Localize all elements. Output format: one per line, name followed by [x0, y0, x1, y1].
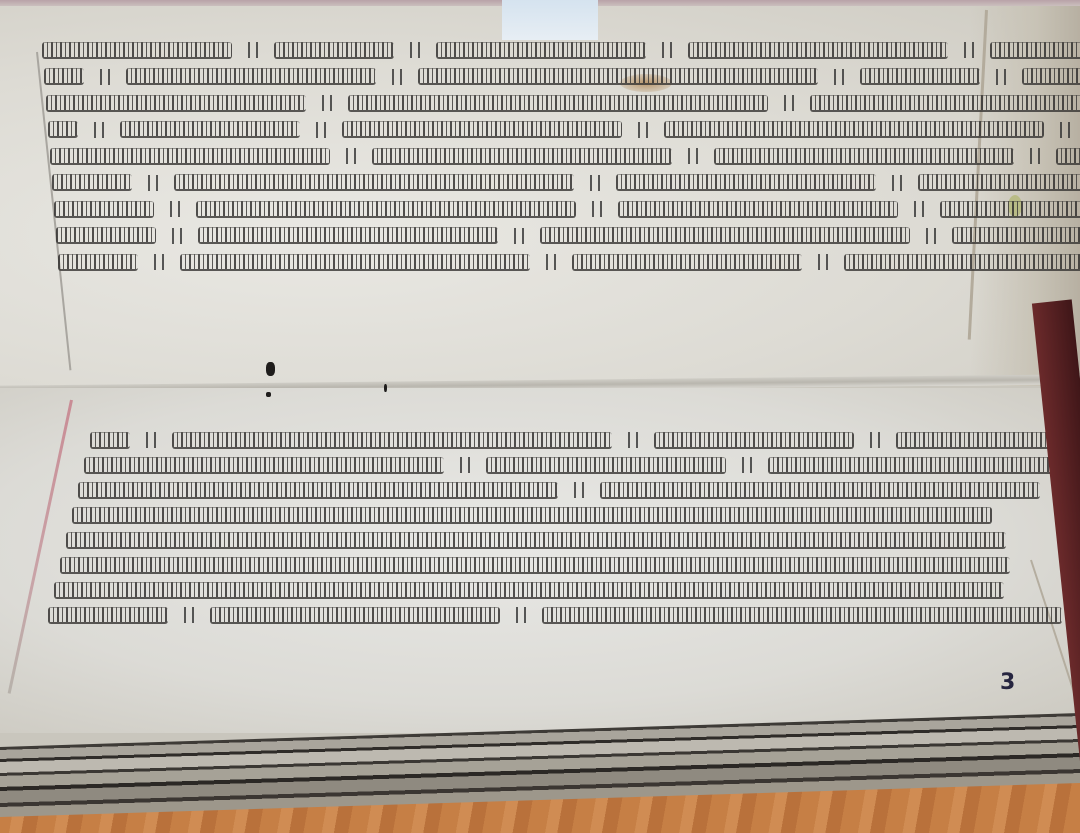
handwritten-phrase: [654, 432, 854, 449]
shad-punctuation: [1030, 148, 1040, 164]
manuscript-line: [78, 480, 1040, 500]
upper-page: [0, 6, 1080, 386]
shad-punctuation: [516, 607, 526, 623]
handwritten-phrase: [418, 68, 818, 85]
handwritten-phrase: [44, 68, 84, 85]
handwritten-phrase: [860, 68, 980, 85]
handwritten-phrase: [436, 42, 646, 59]
shad-punctuation: [100, 69, 110, 85]
shad-punctuation: [914, 201, 924, 217]
shad-punctuation: [818, 254, 828, 270]
manuscript-photo: 3: [0, 0, 1080, 833]
shad-punctuation: [834, 69, 844, 85]
manuscript-line: [60, 555, 1010, 575]
manuscript-line: [72, 505, 992, 525]
shad-punctuation: [638, 122, 648, 138]
shad-punctuation: [784, 95, 794, 111]
handwritten-phrase: [84, 457, 444, 474]
shad-punctuation: [316, 122, 326, 138]
handwritten-phrase: [918, 174, 1080, 191]
handwritten-phrase: [48, 121, 78, 138]
handwritten-phrase: [616, 174, 876, 191]
ink-blot: [266, 362, 275, 376]
handwritten-phrase: [48, 607, 168, 624]
shad-punctuation: [996, 69, 1006, 85]
handwritten-phrase: [42, 42, 232, 59]
page-number: 3: [1000, 670, 1015, 695]
shad-punctuation: [742, 457, 752, 473]
handwritten-phrase: [196, 201, 576, 218]
handwritten-phrase: [600, 482, 1040, 499]
handwritten-phrase: [126, 68, 376, 85]
manuscript-line: [58, 252, 1080, 272]
shad-punctuation: [590, 175, 600, 191]
handwritten-phrase: [618, 201, 898, 218]
shad-punctuation: [964, 42, 974, 58]
shad-punctuation: [184, 607, 194, 623]
manuscript-line: [46, 93, 1080, 113]
handwritten-phrase: [60, 557, 1010, 574]
handwritten-phrase: [664, 121, 1044, 138]
handwritten-phrase: [540, 227, 910, 244]
shad-punctuation: [146, 432, 156, 448]
handwritten-phrase: [56, 227, 156, 244]
shad-punctuation: [662, 42, 672, 58]
handwritten-phrase: [342, 121, 622, 138]
shad-punctuation: [170, 201, 180, 217]
handwritten-phrase: [1056, 148, 1080, 165]
handwritten-phrase: [54, 582, 1004, 599]
manuscript-line: [42, 40, 1080, 60]
shad-punctuation: [892, 175, 902, 191]
handwritten-phrase: [714, 148, 1014, 165]
shad-punctuation: [514, 228, 524, 244]
handwritten-phrase: [180, 254, 530, 271]
handwritten-phrase: [952, 227, 1080, 244]
ink-dot: [266, 392, 271, 397]
shad-punctuation: [322, 95, 332, 111]
shad-punctuation: [172, 228, 182, 244]
manuscript-line: [56, 226, 1080, 246]
handwritten-phrase: [52, 174, 132, 191]
handwritten-phrase: [66, 532, 1006, 549]
shad-punctuation: [574, 482, 584, 498]
handwritten-phrase: [486, 457, 726, 474]
manuscript-line: [48, 120, 1080, 140]
manuscript-line: [66, 530, 1006, 550]
manuscript-line: [50, 146, 1080, 166]
shad-punctuation: [628, 432, 638, 448]
manuscript-line: [54, 580, 1004, 600]
handwritten-phrase: [572, 254, 802, 271]
handwritten-phrase: [1022, 68, 1080, 85]
shad-punctuation: [460, 457, 470, 473]
handwritten-phrase: [274, 42, 394, 59]
manuscript-line: [84, 455, 1080, 475]
manuscript-line: [44, 67, 1080, 87]
handwritten-phrase: [844, 254, 1080, 271]
handwritten-phrase: [542, 607, 1062, 624]
handwritten-phrase: [210, 607, 500, 624]
handwritten-phrase: [172, 432, 612, 449]
handwritten-phrase: [90, 432, 130, 449]
handwritten-phrase: [688, 42, 948, 59]
handwritten-phrase: [54, 201, 154, 218]
handwritten-phrase: [810, 95, 1080, 112]
handwritten-phrase: [72, 507, 992, 524]
handwritten-phrase: [990, 42, 1080, 59]
handwritten-phrase: [78, 482, 558, 499]
shad-punctuation: [926, 228, 936, 244]
shad-punctuation: [688, 148, 698, 164]
handwritten-phrase: [372, 148, 672, 165]
shad-punctuation: [154, 254, 164, 270]
shad-punctuation: [346, 148, 356, 164]
shad-punctuation: [870, 432, 880, 448]
handwritten-phrase: [896, 432, 1066, 449]
shad-punctuation: [392, 69, 402, 85]
handwritten-phrase: [120, 121, 300, 138]
manuscript-line: [90, 430, 1066, 450]
shad-punctuation: [592, 201, 602, 217]
manuscript-line: [48, 605, 1062, 625]
handwritten-phrase: [46, 95, 306, 112]
shad-punctuation: [410, 42, 420, 58]
ink-mark: [384, 384, 387, 392]
blue-sticker: [502, 0, 598, 40]
handwritten-phrase: [198, 227, 498, 244]
shad-punctuation: [248, 42, 258, 58]
shad-punctuation: [546, 254, 556, 270]
handwritten-phrase: [50, 148, 330, 165]
handwritten-phrase: [768, 457, 1080, 474]
shad-punctuation: [148, 175, 158, 191]
manuscript-line: [52, 173, 1080, 193]
handwritten-phrase: [940, 201, 1080, 218]
manuscript-line: [54, 199, 1080, 219]
handwritten-phrase: [174, 174, 574, 191]
shad-punctuation: [94, 122, 104, 138]
handwritten-phrase: [58, 254, 138, 271]
shad-punctuation: [1060, 122, 1070, 138]
handwritten-phrase: [348, 95, 768, 112]
